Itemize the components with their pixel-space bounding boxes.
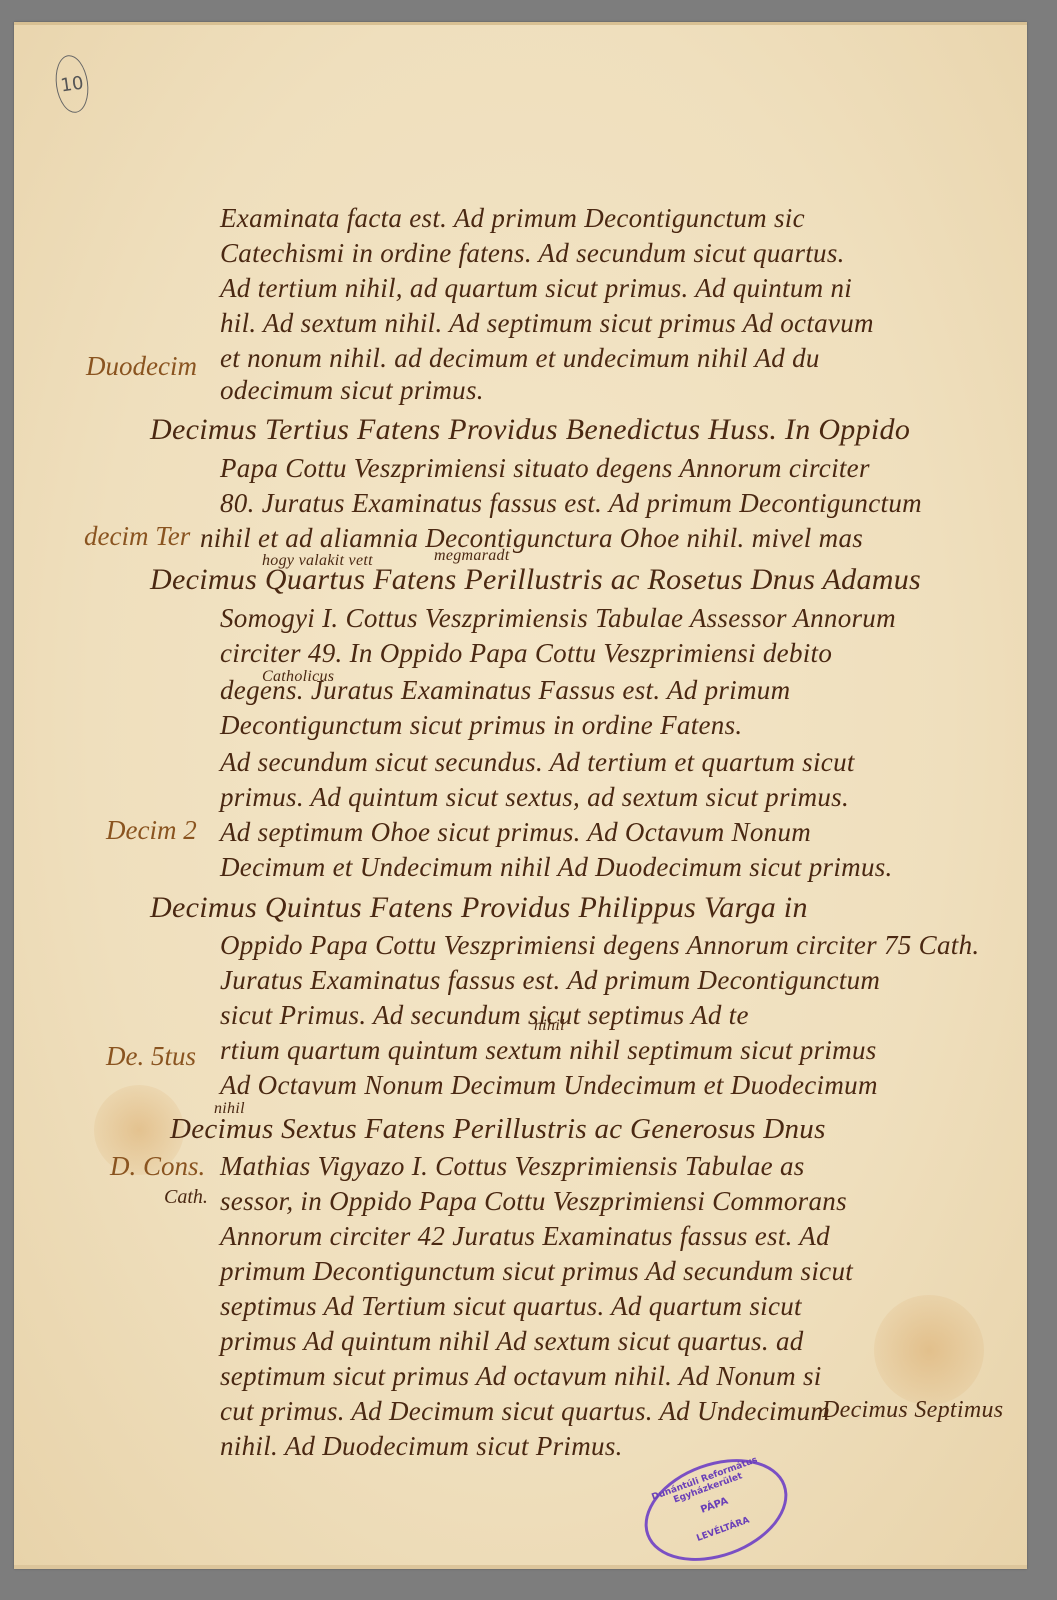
text-line: Ad Octavum Nonum Decimum Undecimum et Du…: [220, 1070, 878, 1101]
text-line: Annorum circiter 42 Juratus Examinatus f…: [220, 1221, 830, 1252]
folio-number: 10: [52, 53, 92, 115]
text-line: circiter 49. In Oppido Papa Cottu Veszpr…: [220, 638, 832, 669]
text-line: Examinata facta est. Ad primum Decontigu…: [220, 203, 805, 234]
margin-note: Decim 2: [106, 815, 197, 846]
margin-note: Duodecim: [86, 351, 197, 382]
text-line: septimus Ad Tertium sicut quartus. Ad qu…: [220, 1291, 802, 1322]
interlinear-note: nihil: [534, 1017, 565, 1035]
text-line: primus Ad quintum nihil Ad sextum sicut …: [220, 1326, 804, 1357]
text-line: septimum sicut primus Ad octavum nihil. …: [220, 1361, 822, 1392]
text-line: cut primus. Ad Decimum sicut quartus. Ad…: [220, 1396, 830, 1427]
closing-note: Decimus Septimus: [822, 1397, 1003, 1424]
text-line: Decontigunctum sicut primus in ordine Fa…: [220, 710, 742, 741]
text-line: Mathias Vigyazo I. Cottus Veszprimiensis…: [220, 1151, 805, 1182]
text-line: nihil et ad aliamnia Decontigunctura Oho…: [200, 523, 863, 554]
text-line: primum Decontigunctum sicut primus Ad se…: [220, 1256, 853, 1287]
text-line: Papa Cottu Veszprimiensi situato degens …: [220, 453, 870, 484]
text-line: Oppido Papa Cottu Veszprimiensi degens A…: [220, 930, 979, 961]
archive-stamp: Dunántúli Református Egyházkerület PÁPA …: [630, 1441, 801, 1580]
text-line: Ad tertium nihil, ad quartum sicut primu…: [220, 273, 852, 304]
margin-note: D. Cons.: [110, 1151, 205, 1182]
text-line: primus. Ad quintum sicut sextus, ad sext…: [220, 782, 849, 813]
text-line: Ad septimum Ohoe sicut primus. Ad Octavu…: [220, 817, 811, 848]
manuscript-page: 10 Examinata facta est. Ad primum Decont…: [14, 22, 1027, 1569]
text-line: sicut Primus. Ad secundum sicut septimus…: [220, 1000, 749, 1031]
text-line: Juratus Examinatus fassus est. Ad primum…: [220, 965, 880, 996]
text-line: 80. Juratus Examinatus fassus est. Ad pr…: [220, 488, 922, 519]
margin-note: decim Ter: [84, 521, 190, 552]
text-line: Decimus Quartus Fatens Perillustris ac R…: [150, 563, 921, 597]
stamp-archive: LEVÉLTÁRA: [655, 1501, 792, 1559]
text-line: hil. Ad sextum nihil. Ad septimum sicut …: [220, 308, 874, 339]
text-line: Somogyi I. Cottus Veszprimiensis Tabulae…: [220, 603, 896, 634]
text-line: et nonum nihil. ad decimum et undecimum …: [220, 343, 820, 374]
text-line: Ad secundum sicut secundus. Ad tertium e…: [220, 747, 855, 778]
text-line: Decimus Sextus Fatens Perillustris ac Ge…: [170, 1113, 826, 1146]
text-line: odecimum sicut primus.: [220, 375, 484, 406]
text-line: rtium quartum quintum sextum nihil septi…: [220, 1035, 877, 1066]
margin-note: De. 5tus: [106, 1041, 196, 1072]
margin-note: Cath.: [164, 1186, 208, 1209]
text-line: degens. Juratus Examinatus Fassus est. A…: [220, 675, 790, 706]
paper-stain: [874, 1295, 984, 1405]
text-line: Decimus Tertius Fatens Providus Benedict…: [150, 413, 910, 447]
text-line: nihil. Ad Duodecimum sicut Primus.: [220, 1431, 623, 1462]
text-line: Decimus Quintus Fatens Providus Philippu…: [150, 891, 808, 925]
text-line: Catechismi in ordine fatens. Ad secundum…: [220, 238, 845, 269]
text-line: sessor, in Oppido Papa Cottu Veszprimien…: [220, 1186, 847, 1217]
text-line: Decimum et Undecimum nihil Ad Duodecimum…: [220, 852, 893, 883]
